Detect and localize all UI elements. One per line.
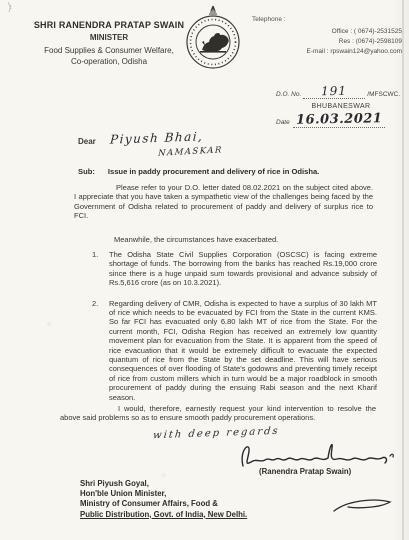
list-item-1-number: 1. xyxy=(92,250,109,288)
place-name: BHUBANESWAR xyxy=(276,103,406,110)
contact-block: Telephone : Office : ( 0674)-2531525 Res… xyxy=(252,16,402,57)
residence-phone: Res : (0674)-2598109 xyxy=(252,37,402,47)
do-number-value: 191 xyxy=(303,84,365,99)
list-item-2-number: 2. xyxy=(92,299,109,402)
do-number-row: D.O. No. 191 /MFSCWC. xyxy=(276,84,406,99)
do-number-label: D.O. No. xyxy=(276,91,301,99)
typed-signatory-name: (Ranendra Pratap Swain) xyxy=(259,467,351,476)
date-value: 16.03.2021 xyxy=(293,112,385,128)
sender-name: SHRI RANENDRA PRATAP SWAIN xyxy=(20,20,198,30)
scan-edge-shadow xyxy=(402,0,404,540)
addressee-line-1: Shri Piyush Goyal, xyxy=(80,479,247,489)
sender-department-line1: Food Supplies & Consumer Welfare, xyxy=(20,45,198,56)
addressee-line-4: Public Distribution, Govt. of India, New… xyxy=(80,510,247,520)
addressee-line-3: Ministry of Consumer Affairs, Food & xyxy=(80,499,247,509)
pen-mark-icon xyxy=(5,1,17,15)
do-number-suffix: /MFSCWC. xyxy=(367,91,400,99)
list-item-2-text: Regarding delivery of CMR, Odisha is exp… xyxy=(109,299,377,402)
salutation-block: Dear Piyush Bhai, NAMASKAR xyxy=(78,131,223,157)
date-row: Date 16.03.2021 xyxy=(276,112,406,128)
letter-page: SHRI RANENDRA PRATAP SWAIN MINISTER Food… xyxy=(0,0,409,540)
numbered-list: 1. The Odisha State Civil Supplies Corpo… xyxy=(92,250,377,413)
sender-department-line2: Co-operation, Odisha xyxy=(20,56,198,67)
handwritten-recipient: Piyush Bhai, xyxy=(109,129,203,146)
date-label: Date xyxy=(276,119,290,128)
addressee-line-2: Hon'ble Union Minister, xyxy=(80,489,247,499)
subject-text: Issue in paddy procurement and delivery … xyxy=(108,167,319,176)
addressee-block: Shri Piyush Goyal, Hon'ble Union Ministe… xyxy=(80,479,247,520)
odisha-government-seal-icon xyxy=(184,5,242,71)
paragraph-1: Please refer to your D.O. letter dated 0… xyxy=(74,183,373,221)
paragraph-2: Meanwhile, the circumstances have exacer… xyxy=(114,235,374,244)
dear-label: Dear xyxy=(78,131,96,146)
reference-block: D.O. No. 191 /MFSCWC. BHUBANESWAR Date 1… xyxy=(276,84,406,128)
subject-row: Sub: Issue in paddy procurement and deli… xyxy=(78,167,378,176)
email-address: E-mail : rpswain124@yahoo.com xyxy=(252,47,402,57)
list-item-1-text: The Odisha State Civil Supplies Corporat… xyxy=(109,250,377,288)
telephone-label: Telephone : xyxy=(252,16,402,23)
sender-block: SHRI RANENDRA PRATAP SWAIN MINISTER Food… xyxy=(20,20,198,67)
closing-paragraph: I would, therefore, earnestly request yo… xyxy=(60,404,376,423)
list-item-2: 2. Regarding delivery of CMR, Odisha is … xyxy=(92,299,377,402)
list-item-1: 1. The Odisha State Civil Supplies Corpo… xyxy=(92,250,377,288)
subject-label: Sub: xyxy=(78,167,95,176)
sender-title: MINISTER xyxy=(20,33,198,42)
pen-flourish-icon xyxy=(330,496,396,518)
office-phone: Office : ( 0674)-2531525 xyxy=(252,27,402,37)
dear-row: Dear Piyush Bhai, xyxy=(78,131,223,146)
handwritten-greeting: NAMASKAR xyxy=(158,145,223,158)
